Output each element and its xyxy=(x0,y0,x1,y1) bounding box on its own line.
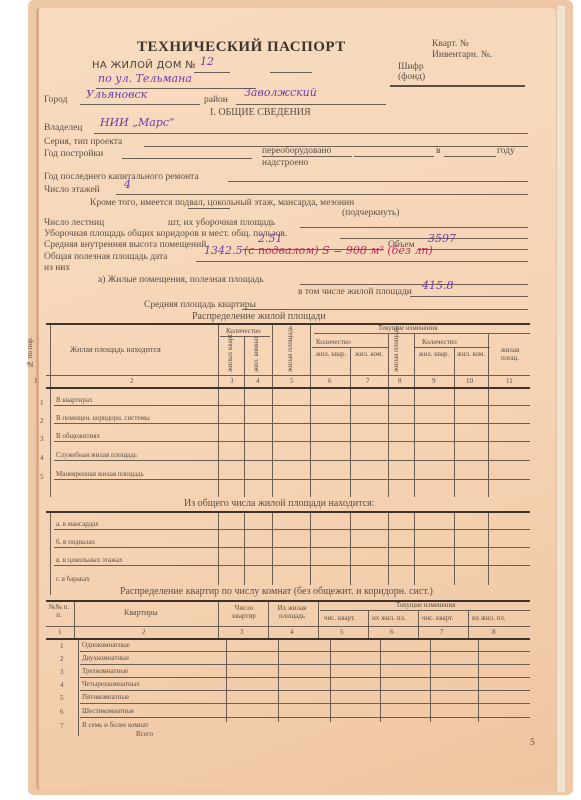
street-value: по ул. Тельмана xyxy=(98,72,192,85)
volume-line xyxy=(418,249,528,250)
year-line xyxy=(444,156,496,157)
table1-top-rule xyxy=(46,323,530,325)
col-number: 4 xyxy=(290,628,294,636)
row-line xyxy=(80,717,530,718)
incl-living-value: 415.8 xyxy=(422,279,454,292)
table3-header-c8: их жил. пл. xyxy=(472,614,506,622)
city-line xyxy=(80,104,200,105)
row-line xyxy=(54,441,530,442)
row-line xyxy=(54,405,530,406)
table3-total-label: Всего xyxy=(136,730,153,738)
t3-vline xyxy=(430,640,431,722)
row-line xyxy=(80,651,530,652)
document-title: ТЕХНИЧЕСКИЙ ПАСПОРТ xyxy=(137,39,346,56)
col-number: 6 xyxy=(390,628,394,636)
total-area-label: Общая полезная площадь дата xyxy=(44,252,168,262)
table1-header-current-changes: Текущие изменения xyxy=(378,324,437,332)
col-number: 9 xyxy=(432,377,436,385)
col-number: 1 xyxy=(58,628,62,636)
table3-header-num: №№ п. п. xyxy=(46,603,72,619)
row-line xyxy=(54,565,530,566)
t1-vline xyxy=(310,325,311,387)
t2-vline xyxy=(218,513,219,585)
t2-top-rule xyxy=(46,511,530,513)
t3-vline xyxy=(478,640,479,722)
series-label: Серия, тип проекта xyxy=(44,137,122,147)
corridors-label: Уборочная площадь общих коридоров и мест… xyxy=(44,229,287,239)
t1-vline xyxy=(388,333,389,387)
reequipped-line xyxy=(354,156,434,157)
col-number: 7 xyxy=(366,377,370,385)
floors-line xyxy=(116,194,528,195)
t3-vline xyxy=(418,610,419,638)
table2-title: Из общего числа жилой площади находится: xyxy=(184,498,374,509)
row-line xyxy=(54,460,530,461)
table1-header-location: Жилая площадь находится xyxy=(70,345,161,354)
col-number: 2 xyxy=(130,377,134,385)
t3-vline xyxy=(368,610,369,638)
living-rooms-line xyxy=(300,284,528,285)
row-number: 6 xyxy=(60,708,64,716)
t2-vline xyxy=(388,513,389,585)
basement-underline xyxy=(188,208,230,209)
row-line xyxy=(54,423,530,424)
t3-vline xyxy=(226,640,227,722)
t3-top-rule xyxy=(46,600,530,602)
row-label: г. в бараках xyxy=(56,575,90,583)
besides-text: Кроме того, имеется подвал, цокольный эт… xyxy=(90,198,354,208)
row-line xyxy=(80,664,530,665)
row-number: 3 xyxy=(60,668,64,676)
table3-header-current-changes: Текущие изменения xyxy=(396,601,455,609)
table1-header-qty-a: Количество xyxy=(316,338,351,346)
living-rooms-label: а) Жилые помещения, полезная площадь xyxy=(98,275,264,285)
document-subtitle: НА ЖИЛОЙ ДОМ № xyxy=(92,60,196,71)
t1-colnum-rule xyxy=(46,375,530,376)
col-number: 7 xyxy=(440,628,444,636)
table3-header-c7: чис. кварт. xyxy=(422,614,453,622)
t3-body-rule xyxy=(46,638,530,640)
t2-vline xyxy=(350,513,351,585)
row-number: 4 xyxy=(40,454,44,462)
series-line xyxy=(144,146,528,147)
t1-body-rule xyxy=(46,387,530,389)
t1-hline xyxy=(314,333,530,334)
t2-vline xyxy=(50,513,51,595)
row-label: Четырехкомнатные xyxy=(82,680,140,688)
row-label: В общежитиях xyxy=(56,432,100,440)
row-line xyxy=(54,547,530,548)
table1-header-num: № по пор. xyxy=(26,330,40,374)
table1-header-qty-b: Количество xyxy=(422,338,457,346)
owner-line xyxy=(94,133,528,134)
built-line xyxy=(122,158,252,159)
row-line xyxy=(54,529,530,530)
row-number: 2 xyxy=(60,655,64,663)
table1-header-area-b: жилая площ. xyxy=(492,346,528,362)
reequipped-label: переоборудовано xyxy=(262,146,331,156)
row-label: В квартирах xyxy=(56,396,92,404)
t3-hline xyxy=(320,610,530,611)
city-value: Ульяновск xyxy=(86,88,147,101)
t2-vline xyxy=(244,513,245,585)
table1-header-area-a: жилая площадь xyxy=(392,336,404,372)
underline-hint: (подчеркнуть) xyxy=(342,208,399,218)
col-number: 8 xyxy=(492,628,496,636)
table3-header-their-area: Их жилая площадь xyxy=(272,604,312,620)
inventory-label: Инвентарн. №. xyxy=(432,50,492,60)
t3-vline xyxy=(278,640,279,722)
row-label: Двухкомнатные xyxy=(82,654,129,662)
row-label: В помещен. коридорн. системы xyxy=(56,414,150,422)
col-number: 3 xyxy=(230,377,234,385)
row-number: 2 xyxy=(40,417,44,425)
row-number: 5 xyxy=(40,473,44,481)
table1-header-apts-a: жил. квар. xyxy=(314,350,348,358)
t3-vline xyxy=(318,602,319,638)
row-label: Шестикомнатные xyxy=(82,707,134,715)
reequipped-underline xyxy=(262,156,352,157)
t1-vline xyxy=(488,333,489,387)
table1-title: Распределение жилой площади xyxy=(192,311,326,322)
row-line xyxy=(80,703,530,704)
col-number: 3 xyxy=(240,628,244,636)
table1-header-rooms-a: жил. ком. xyxy=(352,350,386,358)
t3-vline xyxy=(330,640,331,722)
district-value: Заволжский xyxy=(244,86,317,99)
house-number: 12 xyxy=(200,55,214,68)
kvart-label: Кварт. № xyxy=(432,39,469,49)
cipher-label: Шифр xyxy=(398,62,424,72)
row-label: Трехкомнатные xyxy=(82,667,128,675)
blank-line xyxy=(270,72,312,73)
table1-header-living-area: жилая площадь xyxy=(286,334,298,372)
cipher-line xyxy=(390,85,525,87)
table3-header-c5: чис. кварт. xyxy=(324,614,355,622)
t1-vline xyxy=(218,325,219,387)
t1-vline xyxy=(414,333,415,387)
row-line xyxy=(80,677,530,678)
stairs-line xyxy=(300,227,528,228)
t1-vline xyxy=(50,389,51,497)
floors-value: 4 xyxy=(124,178,131,191)
row-label: а. в мансардах xyxy=(56,520,99,528)
height-label: Средняя внутренняя высота помещений xyxy=(44,240,206,250)
t3-vline xyxy=(268,602,269,638)
last-repair-label: Год последнего капитального ремонта xyxy=(44,172,199,182)
col-number: 6 xyxy=(328,377,332,385)
col-number: 1 xyxy=(34,377,38,385)
row-number: 1 xyxy=(60,642,64,650)
col-number: 10 xyxy=(466,377,473,385)
row-number: 4 xyxy=(60,681,64,689)
page-edge xyxy=(556,6,565,792)
in-label: в xyxy=(436,146,441,156)
table1-header-living-rooms: жил. комнат xyxy=(252,338,264,372)
table3-header-count: Число квартир xyxy=(226,604,262,620)
row-number: 7 xyxy=(60,722,64,730)
col-number: 2 xyxy=(142,628,146,636)
of-them-label: из них xyxy=(44,263,70,273)
row-number: 1 xyxy=(40,399,44,407)
year-label: году xyxy=(497,146,515,156)
total-area-note: (с подвалом) S = 908 м² (без лп) xyxy=(244,244,433,257)
t3-colnum-rule xyxy=(46,626,530,627)
table3-title: Распределение квартир по числу комнат (б… xyxy=(120,586,433,597)
t2-vline xyxy=(454,513,455,585)
incl-living-line xyxy=(410,296,528,297)
t3-vline xyxy=(380,640,381,722)
col-number: 11 xyxy=(506,377,513,385)
row-label: Пятикомнатные xyxy=(82,693,129,701)
col-number: 5 xyxy=(290,377,294,385)
t3-vline xyxy=(78,640,79,736)
row-number: 3 xyxy=(40,435,44,443)
owner-label: Владелец xyxy=(44,123,82,133)
row-number: 5 xyxy=(60,694,64,702)
page-number: 5 xyxy=(530,738,535,748)
col-number: 8 xyxy=(398,377,402,385)
stairs-label: Число лестниц xyxy=(44,218,104,228)
fund-label: (фонд) xyxy=(398,72,425,82)
row-label: Однокомнатные xyxy=(82,641,130,649)
row-line xyxy=(80,690,530,691)
avg-apartment-line xyxy=(242,309,528,310)
table1-header-living-apts: жилых кварт. xyxy=(226,338,238,372)
col-number: 4 xyxy=(256,377,260,385)
total-area-value: 1342.5 xyxy=(204,244,243,257)
avg-apartment-label: Средняя площадь квартиры xyxy=(144,300,256,310)
row-label: Служебная жилая площадь xyxy=(56,451,137,459)
t2-vline xyxy=(310,513,311,585)
t1-vline xyxy=(272,325,273,387)
floors-label: Число этажей xyxy=(44,185,100,195)
house-number-line xyxy=(194,72,230,73)
row-line xyxy=(54,479,530,480)
section-heading: I. ОБЩИЕ СВЕДЕНИЯ xyxy=(210,107,311,118)
owner-value: НИИ „Марс“ xyxy=(100,116,175,129)
t1-vline xyxy=(350,347,351,387)
t1-vline xyxy=(50,325,51,387)
t2-vline xyxy=(488,513,489,585)
row-label: В семь и более комнат xyxy=(82,721,149,729)
last-repair-line xyxy=(228,181,528,182)
stairs-unit: шт, их уборочная площадь xyxy=(168,218,275,228)
t3-vline xyxy=(74,602,75,638)
table1-header-apts-b: жил. квар. xyxy=(416,350,452,358)
table3-header-c6: их жил. пл. xyxy=(372,614,406,622)
row-label: в. в цокольных этажах xyxy=(56,556,123,564)
row-label: Маневренная жилая площадь xyxy=(56,470,144,478)
t1-vline xyxy=(244,337,245,387)
table3-header-apartments: Квартиры xyxy=(124,608,158,617)
district-label: район xyxy=(204,95,228,105)
superstructure-label: надстроено xyxy=(262,158,308,168)
incl-living-label: в том числе жилой площади xyxy=(298,287,412,297)
t3-vline xyxy=(218,602,219,638)
row-label: б. в подвалах xyxy=(56,538,95,546)
district-line xyxy=(236,104,386,105)
total-area-line xyxy=(196,261,528,262)
t1-vline xyxy=(454,347,455,387)
t2-vline xyxy=(414,513,415,585)
table1-header-rooms-b: жил. ком. xyxy=(456,350,486,358)
col-number: 5 xyxy=(340,628,344,636)
t1-hline xyxy=(414,347,490,348)
built-label: Год постройки xyxy=(44,149,103,159)
city-label: Город xyxy=(44,95,67,105)
t3-vline xyxy=(468,610,469,638)
t2-vline xyxy=(272,513,273,585)
